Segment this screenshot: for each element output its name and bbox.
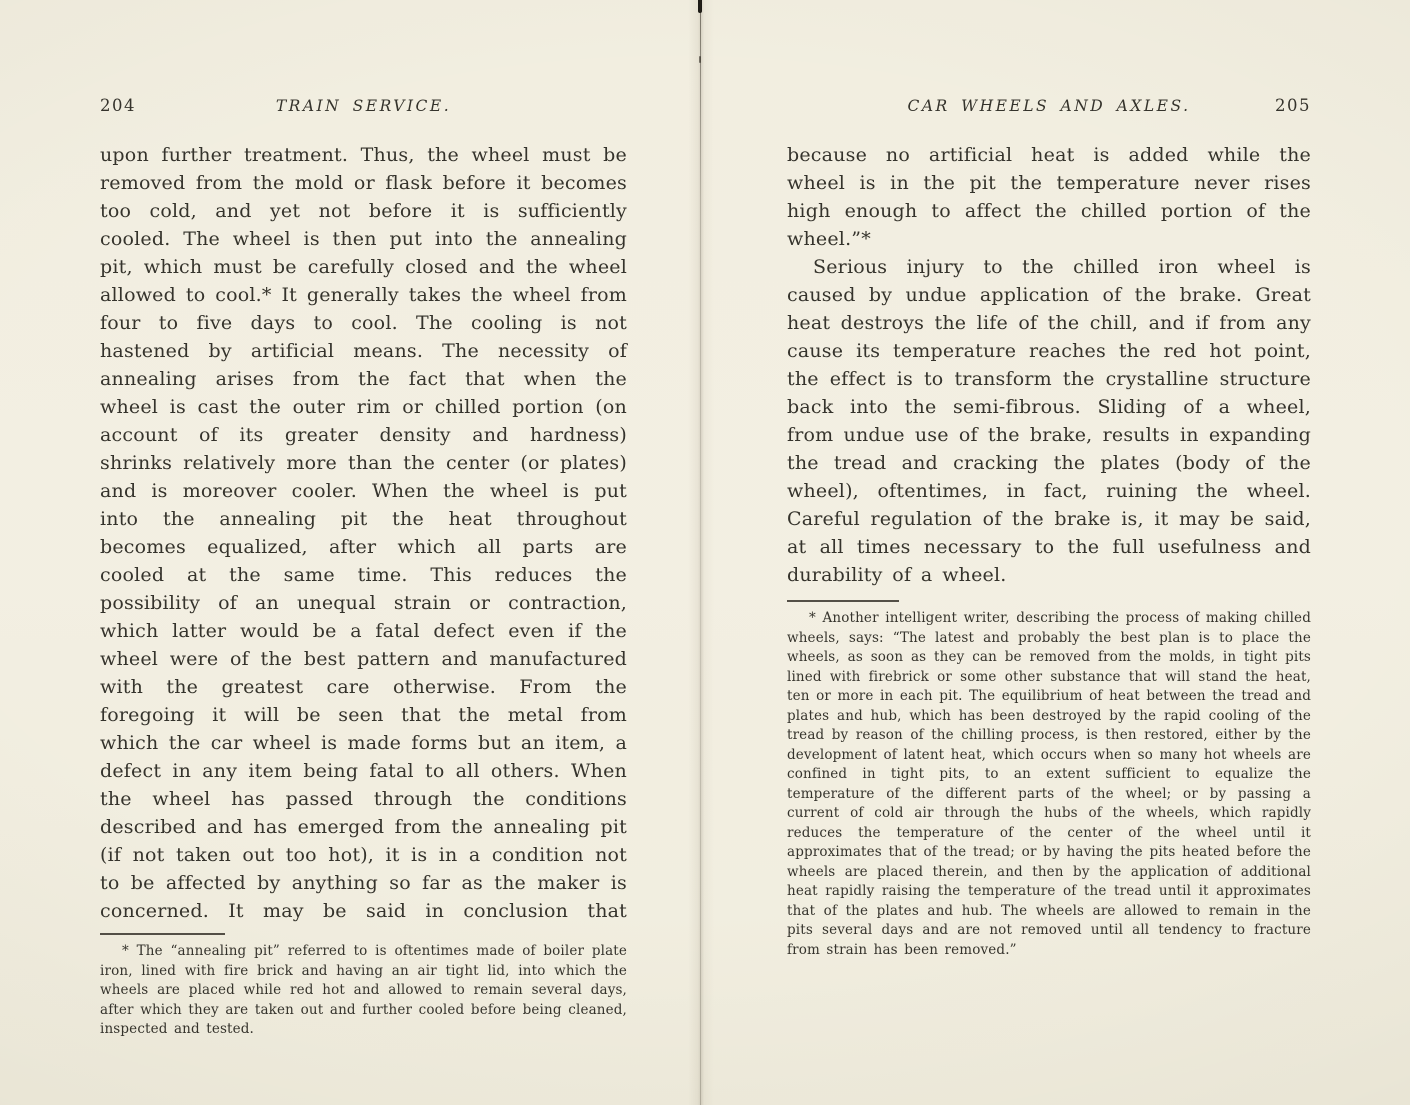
book-gutter bbox=[688, 0, 714, 1105]
footnote-right: * Another intelligent writer, describing… bbox=[787, 609, 1311, 960]
text-column-right: because no artificial heat is added whil… bbox=[787, 141, 1311, 960]
running-head-left: TRAIN SERVICE. bbox=[100, 97, 627, 115]
book-spread-scan: 204 TRAIN SERVICE. upon further treatmen… bbox=[0, 0, 1410, 1105]
text-column-left: upon further treatment. Thus, the wheel … bbox=[100, 141, 627, 1040]
body-paragraph-right-2: Serious injury to the chilled iron wheel… bbox=[787, 253, 1311, 589]
running-head-right: CAR WHEELS AND AXLES. bbox=[787, 97, 1311, 115]
footnote-rule-right bbox=[787, 600, 899, 602]
gutter-top-mark bbox=[698, 0, 702, 13]
page-number-right: 205 bbox=[1275, 96, 1311, 115]
body-paragraph-left: upon further treatment. Thus, the wheel … bbox=[100, 141, 627, 925]
page-number-left: 204 bbox=[100, 96, 136, 115]
page-header-left: 204 TRAIN SERVICE. bbox=[100, 97, 627, 121]
footnote-rule-left bbox=[100, 933, 225, 935]
footnote-left: * The “annealing pit” referred to is oft… bbox=[100, 942, 627, 1040]
body-paragraph-right-1: because no artificial heat is added whil… bbox=[787, 141, 1311, 253]
page-header-right: CAR WHEELS AND AXLES. 205 bbox=[787, 97, 1311, 121]
